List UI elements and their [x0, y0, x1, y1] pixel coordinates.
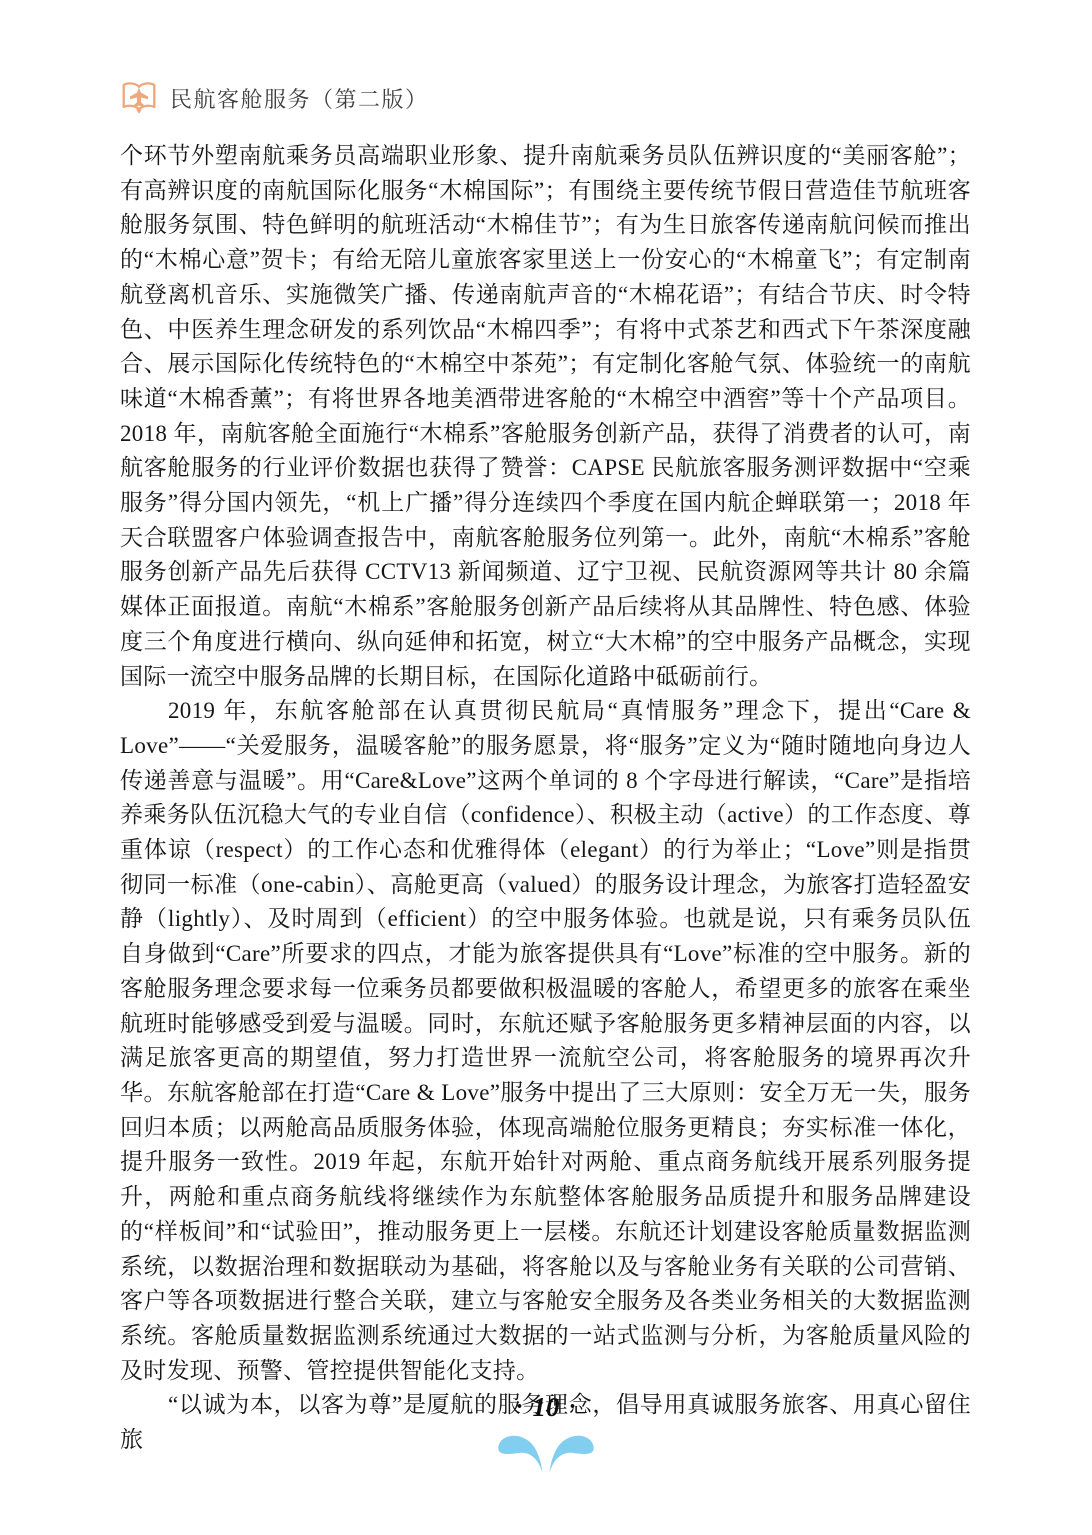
paragraph-2: 2019 年，东航客舱部在认真贯彻民航局“真情服务”理念下，提出“Care & … [120, 694, 971, 1388]
footer-wings-ornament-icon [0, 1429, 1092, 1477]
page-header-title: 民航客舱服务（第二版） [170, 83, 429, 114]
page-number: ·10· [0, 1392, 1092, 1424]
book-airplane-logo-icon [121, 77, 157, 119]
running-head: 民航客舱服务（第二版） [121, 77, 429, 119]
page-number-dot-left: · [515, 1394, 523, 1420]
page-number-value: 10 [533, 1392, 560, 1422]
page-number-dot-right: · [569, 1394, 577, 1420]
book-page: 民航客舱服务（第二版） 个环节外塑南航乘务员高端职业形象、提升南航乘务员队伍辨识… [0, 0, 1092, 1535]
paragraph-1: 个环节外塑南航乘务员高端职业形象、提升南航乘务员队伍辨识度的“美丽客舱”；有高辨… [120, 139, 971, 694]
body-text-block: 个环节外塑南航乘务员高端职业形象、提升南航乘务员队伍辨识度的“美丽客舱”；有高辨… [120, 139, 971, 1458]
